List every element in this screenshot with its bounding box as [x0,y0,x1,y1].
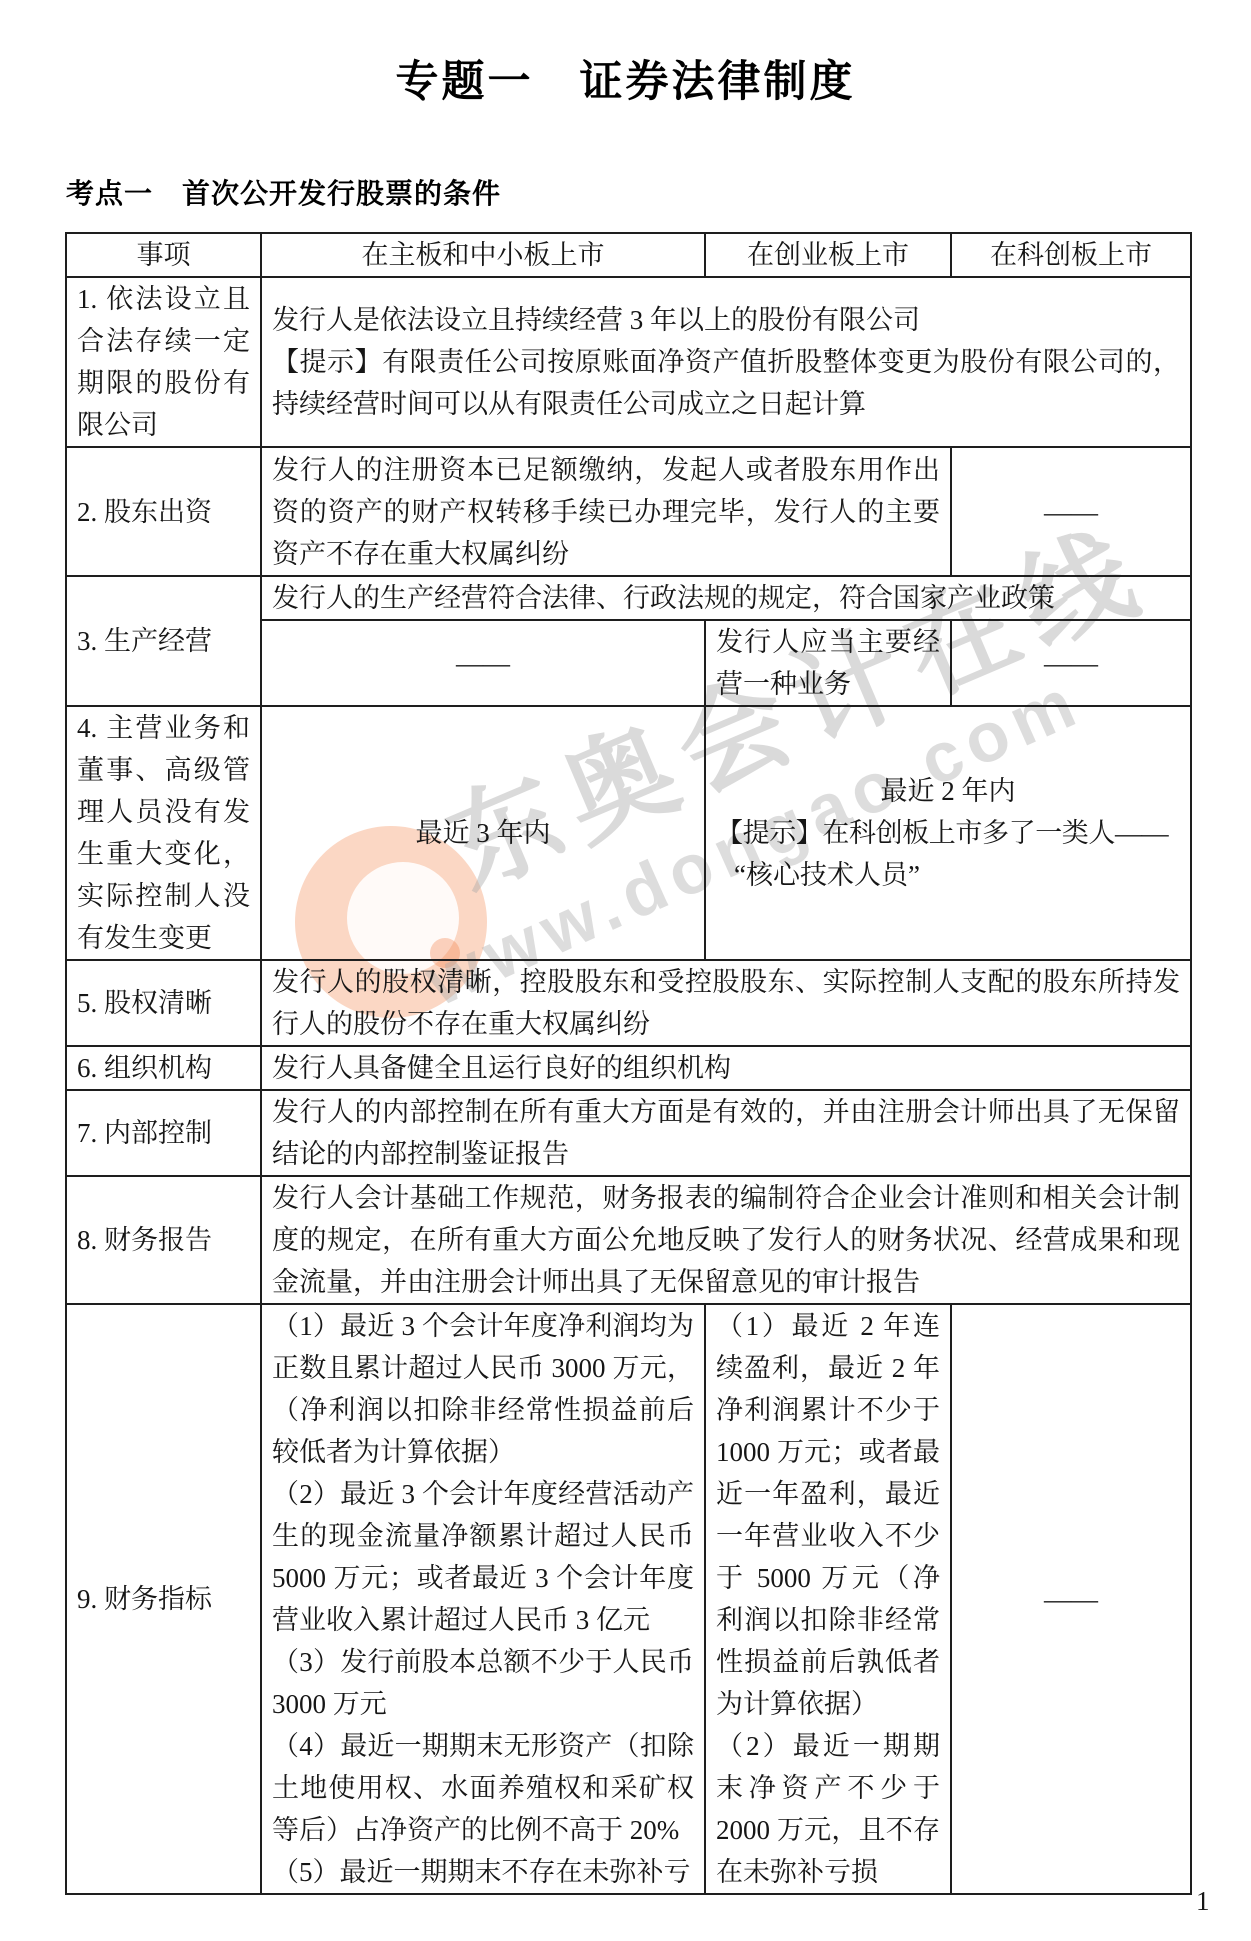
table-row: 8. 财务报告 发行人会计基础工作规范，财务报表的编制符合企业会计准则和相关会计… [66,1176,1191,1304]
r9-main-p3: （3）发行前股本总额不少于人民币 3000 万元 [272,1641,694,1725]
table-row: 7. 内部控制 发行人的内部控制在所有重大方面是有效的，并由注册会计师出具了无保… [66,1090,1191,1176]
header-cell-item: 事项 [66,233,261,277]
r9-main-cell: （1）最近 3 个会计年度净利润均为正数且累计超过人民币 3000 万元，（净利… [261,1304,705,1894]
r3-chinext-cell: 发行人应当主要经营一种业务 [705,620,951,706]
r9-main-p4: （4）最近一期期末无形资产（扣除土地使用权、水面养殖权和采矿权等后）占净资产的比… [272,1725,694,1851]
header-cell-chinext: 在创业板上市 [705,233,951,277]
r4-merged-line1: 最近 2 年内 [716,770,1180,812]
header-cell-main-board: 在主板和中小板上市 [261,233,705,277]
table-row: 5. 股权清晰 发行人的股权清晰，控股股东和受控股股东、实际控制人支配的股东所持… [66,960,1191,1046]
document-title: 专题一 证券法律制度 [0,48,1251,109]
r9-label-cell: 9. 财务指标 [66,1304,261,1894]
r9-main-p2: （2）最近 3 个会计年度经营活动产生的现金流量净额累计超过人民币 5000 万… [272,1473,694,1641]
table-row: 3. 生产经营 发行人的生产经营符合法律、行政法规的规定，符合国家产业政策 [66,576,1191,620]
table-row: 2. 股东出资 发行人的注册资本已足额缴纳，发起人或者股东用作出资的资产的财产权… [66,447,1191,576]
r9-chinext-p2: （2）最近一期期末净资产不少于 2000 万元，且不存在未弥补亏损 [716,1725,940,1893]
page-number: 1 [1196,1886,1210,1917]
r8-label-cell: 8. 财务报告 [66,1176,261,1304]
r3-label-cell: 3. 生产经营 [66,576,261,706]
r7-label-cell: 7. 内部控制 [66,1090,261,1176]
r1-label-cell: 1. 依法设立且合法存续一定期限的股份有限公司 [66,277,261,447]
r4-merged-line2: 【提示】在科创板上市多了一类人—— [716,812,1180,854]
r7-content-cell: 发行人的内部控制在所有重大方面是有效的，并由注册会计师出具了无保留结论的内部控制… [261,1090,1191,1176]
r3-main-cell: —— [261,620,705,706]
r8-content-cell: 发行人会计基础工作规范，财务报表的编制符合企业会计准则和相关会计制度的规定，在所… [261,1176,1191,1304]
section-heading: 考点一 首次公开发行股票的条件 [66,172,501,212]
table-row: 9. 财务指标 （1）最近 3 个会计年度净利润均为正数且累计超过人民币 300… [66,1304,1191,1894]
table-row: 4. 主营业务和董事、高级管理人员没有发生重大变化，实际控制人没有发生变更 最近… [66,706,1191,960]
r4-label-cell: 4. 主营业务和董事、高级管理人员没有发生重大变化，实际控制人没有发生变更 [66,706,261,960]
header-cell-star-market: 在科创板上市 [951,233,1191,277]
r1-content-cell: 发行人是依法设立且持续经营 3 年以上的股份有限公司 【提示】有限责任公司按原账… [261,277,1191,447]
r3-common-cell: 发行人的生产经营符合法律、行政法规的规定，符合国家产业政策 [261,576,1191,620]
document-page: 东奥会计在线 www.dongao.com 专题一 证券法律制度 考点一 首次公… [0,0,1251,1941]
r2-star-cell: —— [951,447,1191,576]
r6-label-cell: 6. 组织机构 [66,1046,261,1090]
r3-star-cell: —— [951,620,1191,706]
table-row: 1. 依法设立且合法存续一定期限的股份有限公司 发行人是依法设立且持续经营 3 … [66,277,1191,447]
r2-label-cell: 2. 股东出资 [66,447,261,576]
ipo-conditions-table: 事项 在主板和中小板上市 在创业板上市 在科创板上市 1. 依法设立且合法存续一… [65,232,1192,1895]
r4-main-cell: 最近 3 年内 [261,706,705,960]
r1-content-p2: 【提示】有限责任公司按原账面净资产值折股整体变更为股份有限公司的，持续经营时间可… [272,341,1180,425]
r9-main-p5: （5）最近一期期末不存在未弥补亏 [272,1851,694,1893]
r5-content-cell: 发行人的股权清晰，控股股东和受控股股东、实际控制人支配的股东所持发行人的股份不存… [261,960,1191,1046]
r5-label-cell: 5. 股权清晰 [66,960,261,1046]
r9-star-cell: —— [951,1304,1191,1894]
r4-merged-line3: “核心技术人员” [716,854,1180,896]
r1-content-p1: 发行人是依法设立且持续经营 3 年以上的股份有限公司 [272,299,1180,341]
r4-merged-cell: 最近 2 年内 【提示】在科创板上市多了一类人—— “核心技术人员” [705,706,1191,960]
table-row: 6. 组织机构 发行人具备健全且运行良好的组织机构 [66,1046,1191,1090]
r2-content-cell: 发行人的注册资本已足额缴纳，发起人或者股东用作出资的资产的财产权转移手续已办理完… [261,447,951,576]
r9-main-p1: （1）最近 3 个会计年度净利润均为正数且累计超过人民币 3000 万元，（净利… [272,1305,694,1473]
table-header-row: 事项 在主板和中小板上市 在创业板上市 在科创板上市 [66,233,1191,277]
r9-chinext-p1: （1）最近 2 年连续盈利，最近 2 年净利润累计不少于 1000 万元；或者最… [716,1305,940,1725]
r9-chinext-cell: （1）最近 2 年连续盈利，最近 2 年净利润累计不少于 1000 万元；或者最… [705,1304,951,1894]
r6-content-cell: 发行人具备健全且运行良好的组织机构 [261,1046,1191,1090]
